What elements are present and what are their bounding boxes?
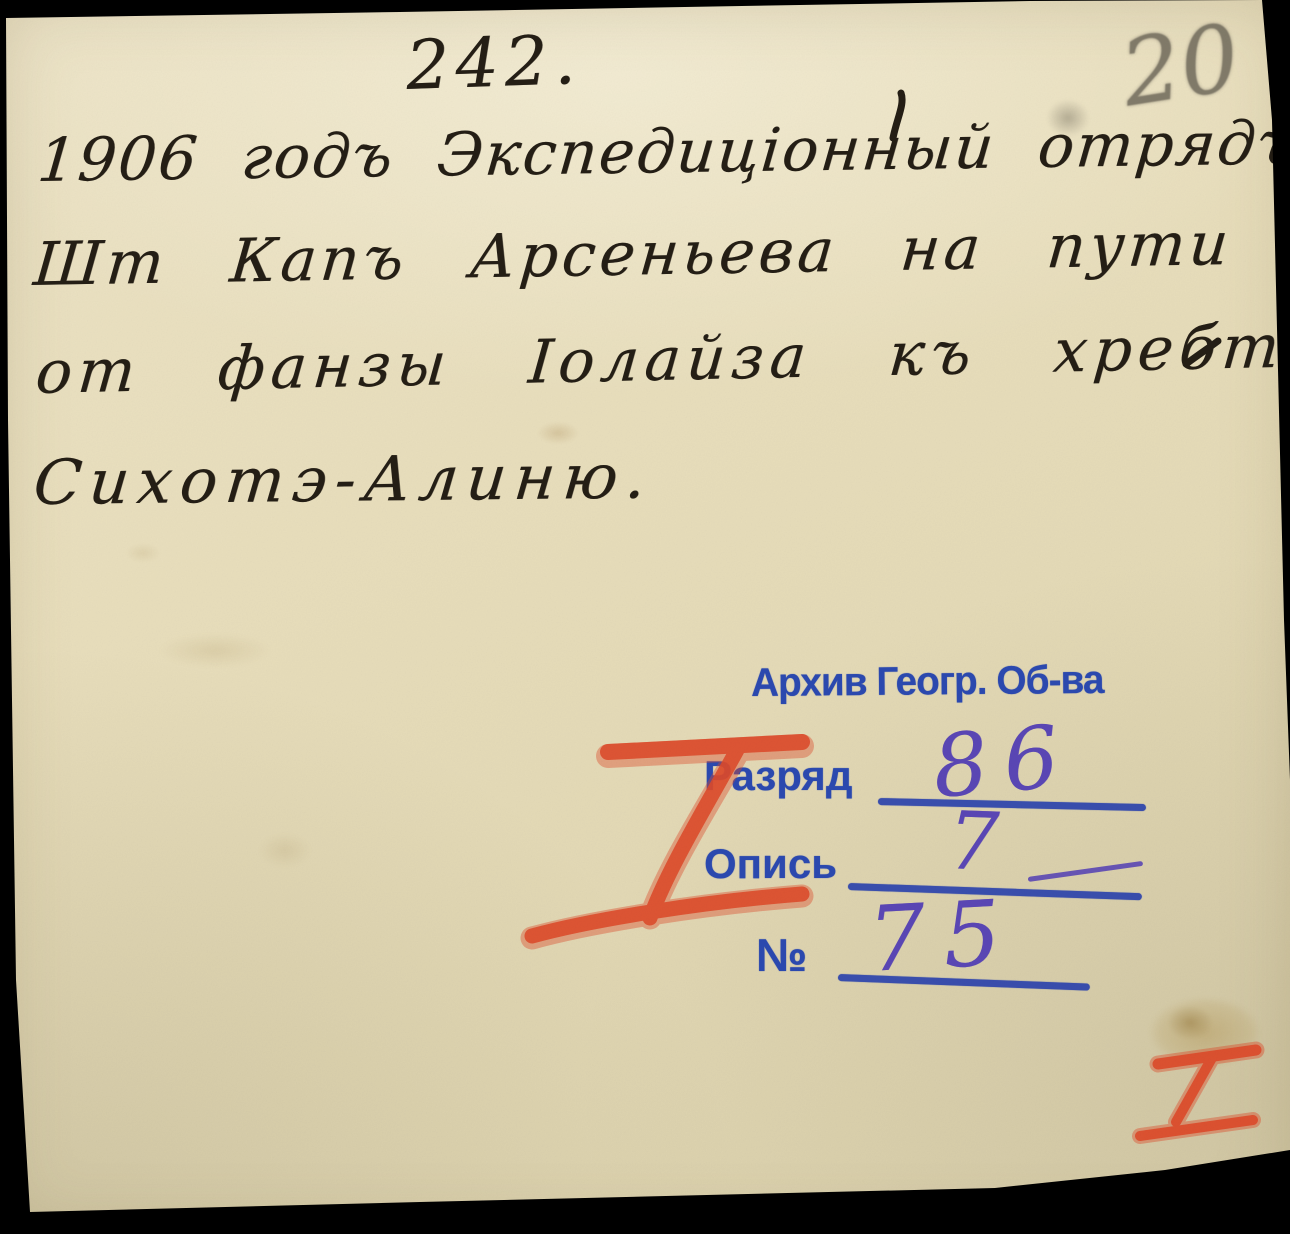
card-number: 242. (405, 21, 583, 106)
stamp-field-value-opis: 7 (946, 794, 1000, 889)
paper-stain (1130, 985, 1280, 1080)
handwriting-line-3: от фанзы Іолайза къ хребту (33, 311, 1290, 408)
stamp-field-label-number: № (756, 928, 807, 982)
stamp-field-label-razryad: Разряд (704, 752, 852, 800)
handwriting-line-2: Шт Капъ Арсеньева на пути (31, 209, 1235, 300)
stamp-field-label-opis: Опись (704, 840, 837, 888)
red-roman-numeral-small (1140, 1050, 1256, 1136)
scan-background: 242. 20 1906 годъ Экспедиціонный отрядъ … (0, 0, 1290, 1234)
paper-stain (250, 828, 320, 873)
handwriting-line-1: 1906 годъ Экспедиціонный отрядъ (35, 108, 1290, 196)
paper-stain (140, 628, 290, 673)
stamp-field-value-number: 75 (865, 880, 1021, 993)
paper-stain (120, 540, 166, 566)
archive-stamp-title: Архив Геогр. Об-ва (751, 658, 1104, 706)
paper-stain (1160, 1000, 1220, 1045)
catalog-card: 242. 20 1906 годъ Экспедиціонный отрядъ … (0, 0, 1290, 1234)
handwriting-line-4: Сихотэ-Алиню. (31, 439, 657, 519)
violet-pen-stroke (1028, 861, 1144, 882)
